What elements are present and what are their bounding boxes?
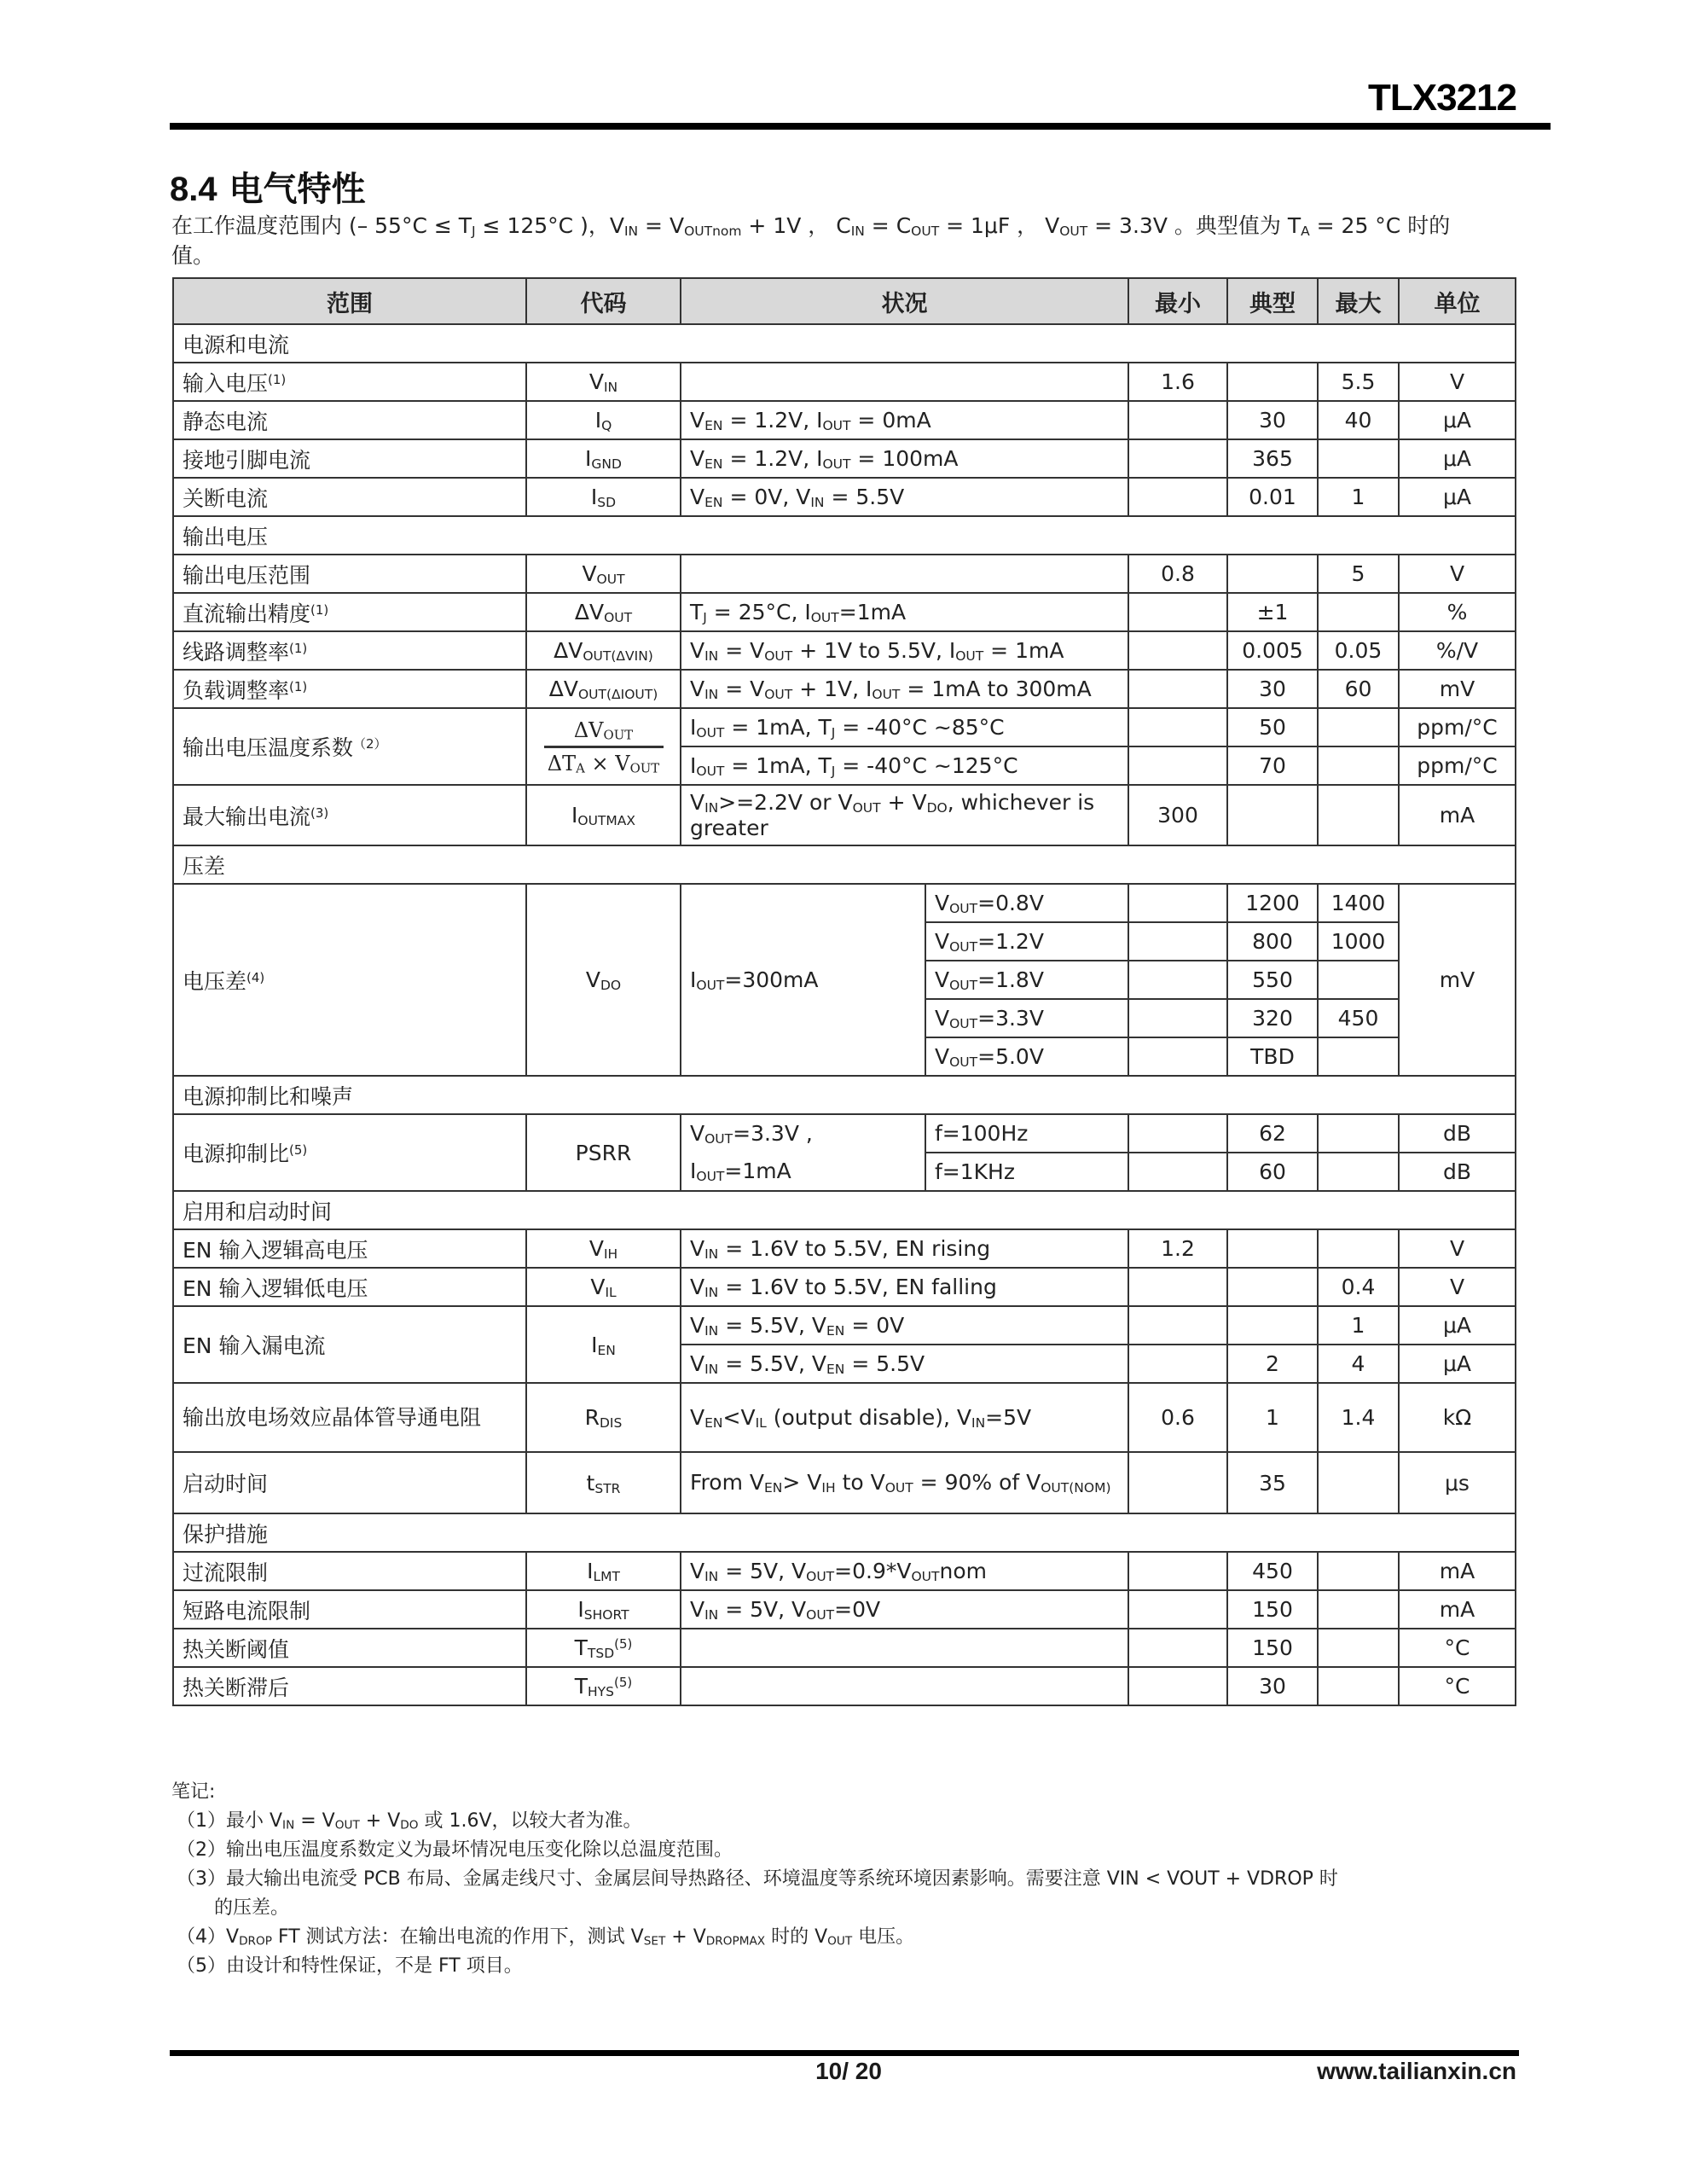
table-header-row: 范围 代码 状况 最小 典型 最大 单位	[173, 278, 1516, 324]
page-number: 10/ 20	[768, 2058, 930, 2085]
table-row-isd: 关断电流 ISD VEN = 0V, VIN = 5.5V 0.01 1 μA	[173, 478, 1516, 516]
col-header-conditions: 状况	[681, 278, 1128, 324]
table-row-tempco-a: 输出电压温度系数（2） ΔVOUT ΔTA × VOUT IOUT = 1mA,…	[173, 708, 1516, 746]
table-row-vout: 输出电压范围 VOUT 0.8 5 V	[173, 555, 1516, 593]
header-rule	[170, 123, 1551, 130]
note-5: （5）由设计和特性保证，不是 FT 项目。	[171, 1952, 1528, 1981]
electrical-characteristics-table: 范围 代码 状况 最小 典型 最大 单位 电源和电流 输入电压(1) VIN 1…	[172, 277, 1516, 1706]
section-title-text: 电气特性	[229, 170, 366, 209]
note-1: （1）最小 VIN = VOUT + VDO 或 1.6V，以较大者为准。	[171, 1807, 1528, 1836]
notes-section: 笔记: （1）最小 VIN = VOUT + VDO 或 1.6V，以较大者为准…	[171, 1778, 1528, 1981]
section-title: 8.4 电气特性	[170, 162, 366, 211]
table-row-thys: 热关断滞后 THYS(5) 30 °C	[173, 1667, 1516, 1705]
table-row-ien-0: EN 输入漏电流 IEN VIN = 5.5V, VEN = 0V 1 μA	[173, 1306, 1516, 1345]
section-row-protection: 保护措施	[173, 1513, 1516, 1552]
table-row-vin: 输入电压(1) VIN 1.6 5.5 V	[173, 363, 1516, 401]
col-header-symbol: 代码	[526, 278, 681, 324]
notes-title: 笔记:	[171, 1778, 1528, 1807]
note-2: （2）输出电压温度系数定义为最坏情况电压变化除以总温度范围。	[171, 1836, 1528, 1865]
table-row-vih: EN 输入逻辑高电压 VIH VIN = 1.6V to 5.5V, EN ri…	[173, 1229, 1516, 1268]
table-row-vil: EN 输入逻辑低电压 VIL VIN = 1.6V to 5.5V, EN fa…	[173, 1268, 1516, 1306]
tempco-formula: ΔVOUT ΔTA × VOUT	[544, 718, 664, 775]
table-row-line-regulation: 线路调整率(1) ΔVOUT(ΔVIN) VIN = VOUT + 1V to …	[173, 631, 1516, 670]
table-row-vdo-0: 电压差(4) VDO IOUT=300mA VOUT=0.8V 1200 140…	[173, 884, 1516, 922]
col-header-parameter: 范围	[173, 278, 526, 324]
section-row-power: 电源和电流	[173, 324, 1516, 363]
website-link[interactable]: www.tailianxin.cn	[1262, 2058, 1516, 2085]
note-3: （3）最大输出电流受 PCB 布局、金属走线尺寸、金属层间导热路径、环境温度等系…	[171, 1865, 1528, 1894]
section-row-output: 输出电压	[173, 516, 1516, 555]
section-row-dropout: 压差	[173, 845, 1516, 884]
table-row-iq: 静态电流 IQ VEN = 1.2V, IOUT = 0mA 30 40 μA	[173, 401, 1516, 439]
table-row-ignd: 接地引脚电流 IGND VEN = 1.2V, IOUT = 100mA 365…	[173, 439, 1516, 478]
table-row-ishort: 短路电流限制 ISHORT VIN = 5V, VOUT=0V 150 mA	[173, 1590, 1516, 1629]
table-row-psrr-0: 电源抑制比(5) PSRR VOUT=3.3V , IOUT=1mA f=100…	[173, 1114, 1516, 1153]
table-row-load-regulation: 负载调整率(1) ΔVOUT(ΔIOUT) VIN = VOUT + 1V, I…	[173, 670, 1516, 708]
test-conditions-intro: 在工作温度范围内 (– 55°C ≤ TJ ≤ 125°C )，VIN = VO…	[171, 211, 1528, 270]
col-header-unit: 单位	[1399, 278, 1516, 324]
table-row-ioutmax: 最大输出电流(3) IOUTMAX VIN>=2.2V or VOUT + VD…	[173, 785, 1516, 845]
table-row-ttsd: 热关断阈值 TTSD(5) 150 °C	[173, 1629, 1516, 1667]
footer-rule	[170, 2050, 1519, 2056]
section-row-psrr: 电源抑制比和噪声	[173, 1076, 1516, 1114]
section-number: 8.4	[170, 171, 217, 208]
section-row-enable: 启用和启动时间	[173, 1191, 1516, 1229]
col-header-typ: 典型	[1227, 278, 1318, 324]
note-3-continuation: 的压差。	[171, 1894, 1528, 1923]
table-row-dc-accuracy: 直流输出精度(1) ΔVOUT TJ = 25°C, IOUT=1mA ±1 %	[173, 593, 1516, 631]
part-number-header: TLX3212	[1330, 77, 1516, 119]
table-row-ilmt: 过流限制 ILMT VIN = 5V, VOUT=0.9*VOUTnom 450…	[173, 1552, 1516, 1590]
note-4: （4）VDROP FT 测试方法：在输出电流的作用下，测试 VSET + VDR…	[171, 1923, 1528, 1952]
table-row-rdis: 输出放电场效应晶体管导通电阻 RDIS VEN<VIL (output disa…	[173, 1383, 1516, 1452]
table-row-tstr: 启动时间 tSTR From VEN> VIH to VOUT = 90% of…	[173, 1452, 1516, 1513]
col-header-min: 最小	[1128, 278, 1227, 324]
col-header-max: 最大	[1318, 278, 1399, 324]
